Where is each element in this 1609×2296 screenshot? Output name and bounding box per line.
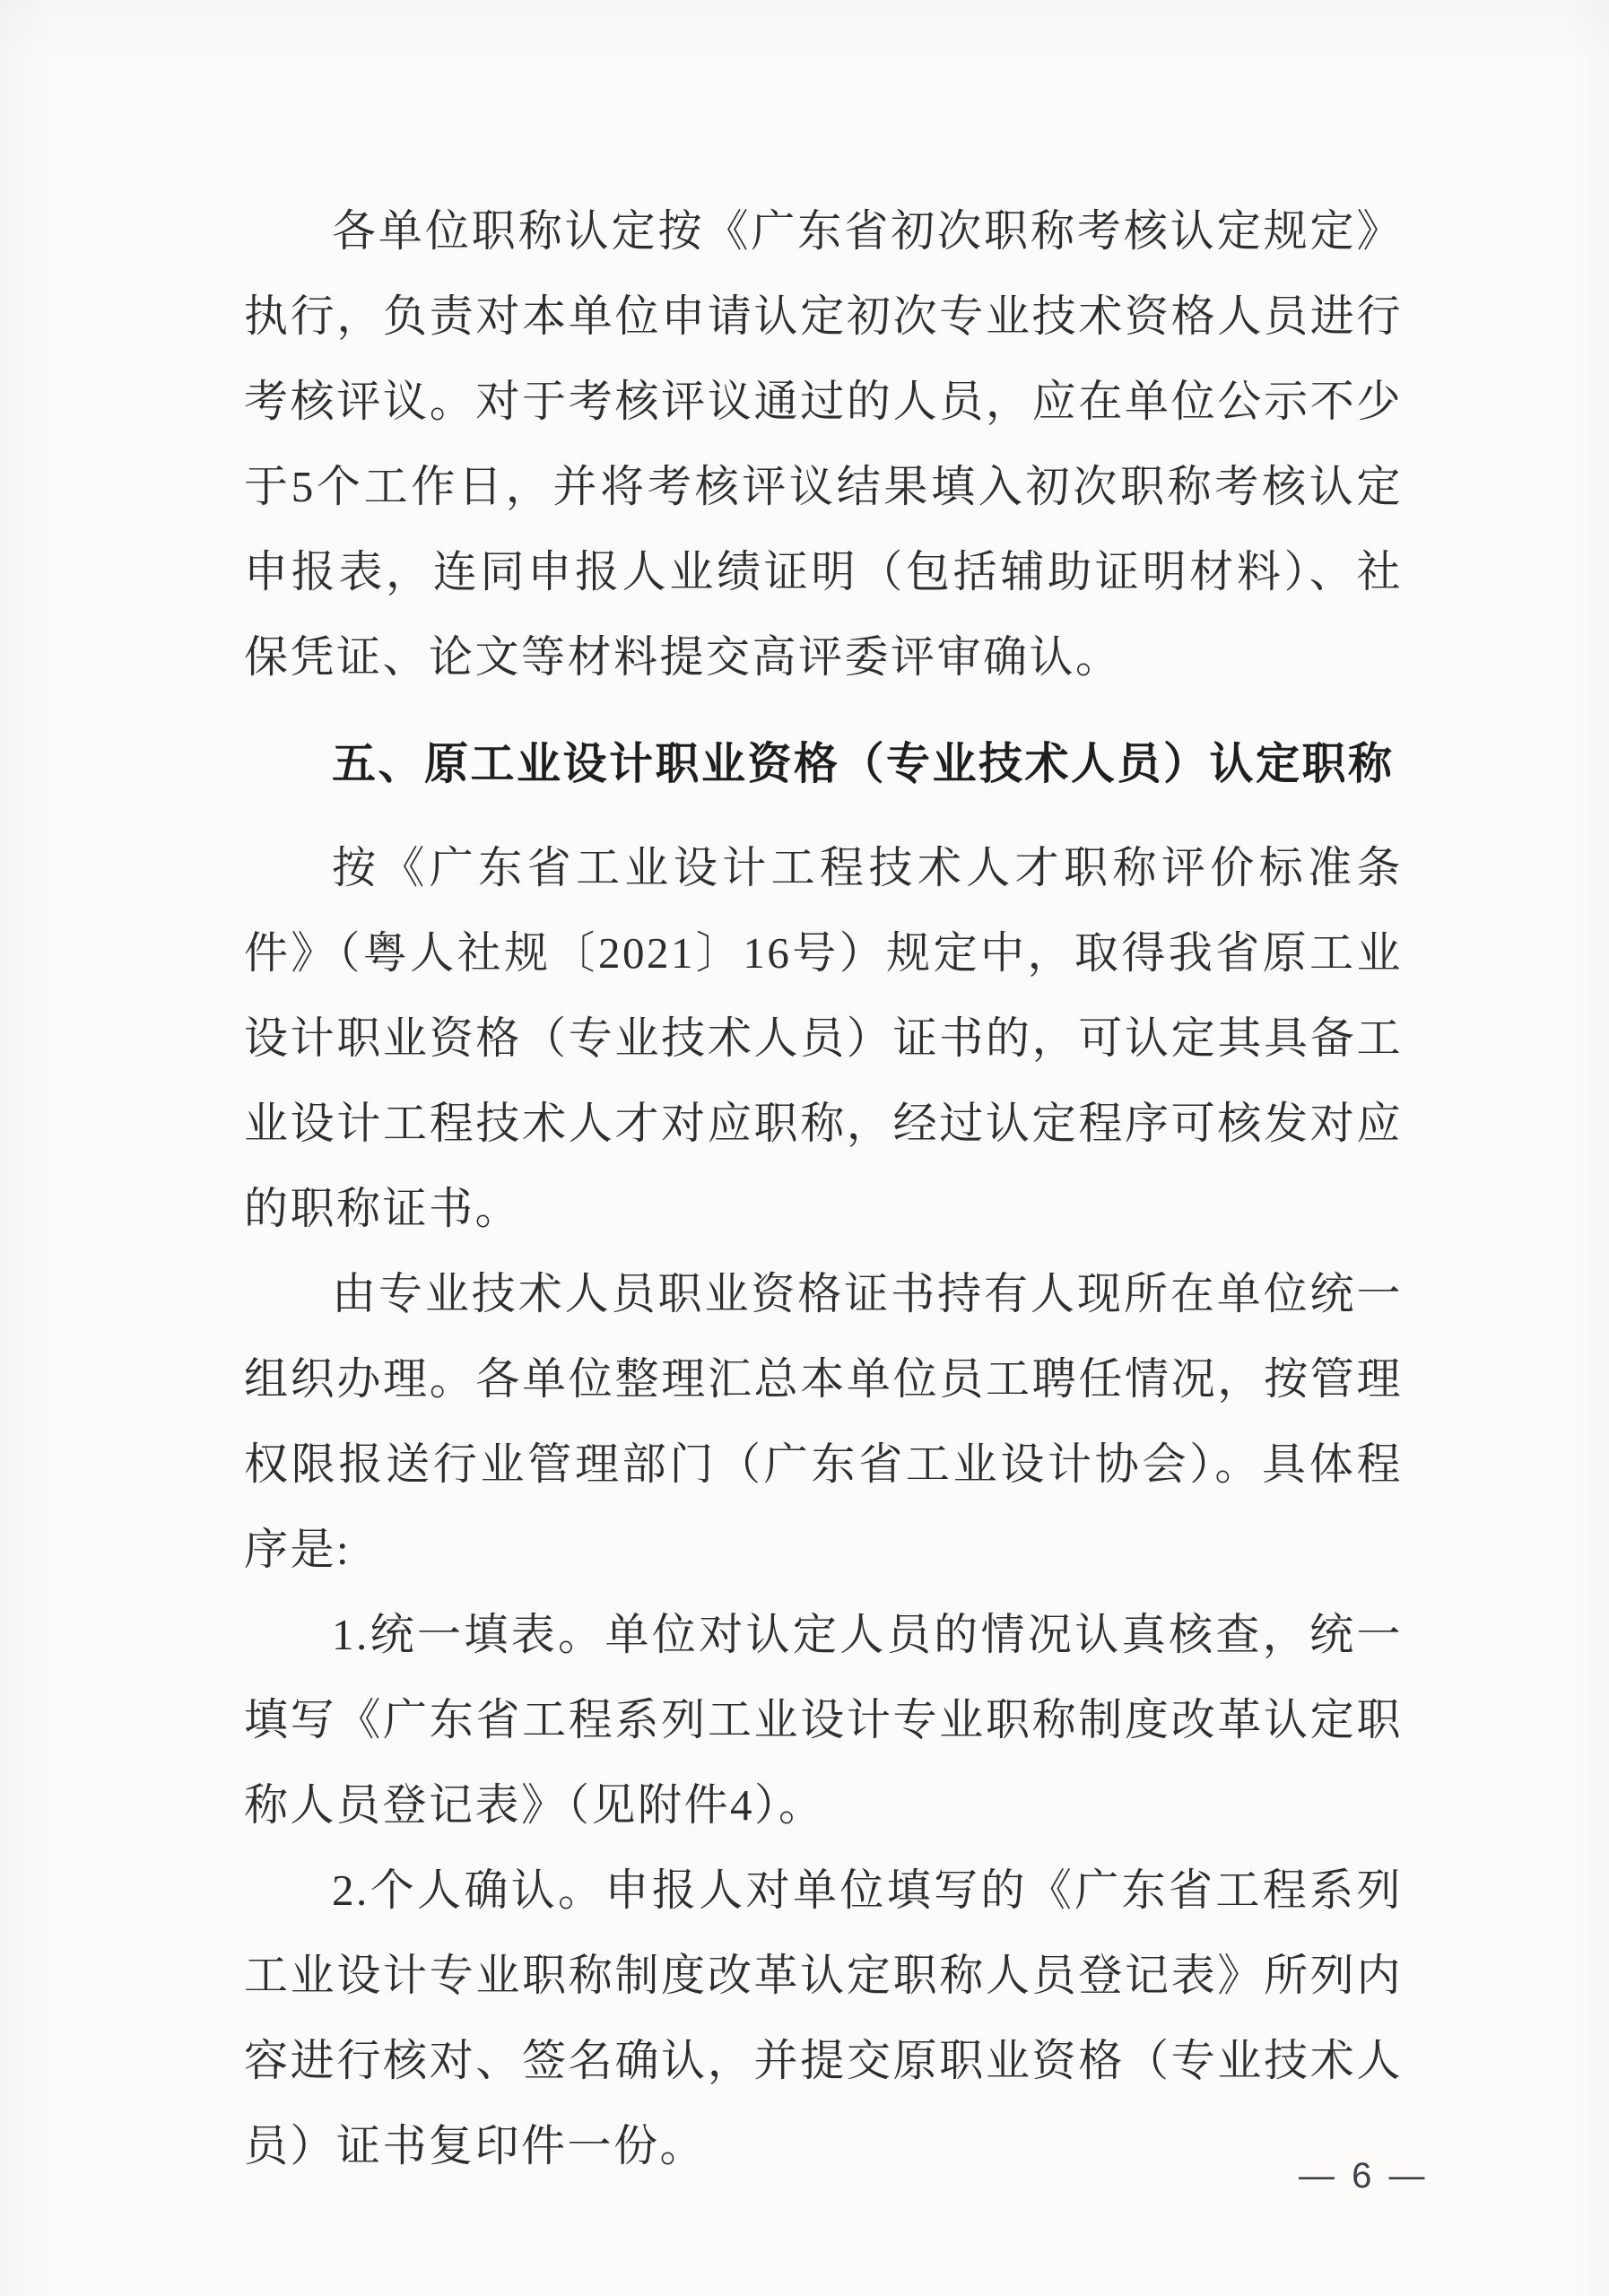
paragraph-step-2-personal-confirm: 2.个人确认。申报人对单位填写的《广东省工程系列工业设计专业职称制度改革认定职称… [244, 1848, 1403, 2188]
paragraph-step-1-fill-form: 1.统一填表。单位对认定人员的情况认真核查，统一填写《广东省工程系列工业设计专业… [244, 1592, 1403, 1848]
paragraph-unit-organization: 由专业技术人员职业资格证书持有人现所在单位统一组织办理。各单位整理汇总本单位员工… [244, 1251, 1403, 1592]
scanned-document-page: 各单位职称认定按《广东省初次职称考核认定规定》执行，负责对本单位申请认定初次专业… [0, 0, 1609, 2296]
paragraph-standard-conditions: 按《广东省工业设计工程技术人才职称评价标准条件》（粤人社规〔2021〕16号）规… [244, 825, 1403, 1251]
page-number: — 6 — [1299, 2156, 1428, 2196]
section-heading-5: 五、原工业设计职业资格（专业技术人员）认定职称 [244, 722, 1403, 807]
document-body: 各单位职称认定按《广东省初次职称考核认定规定》执行，负责对本单位申请认定初次专业… [244, 188, 1403, 2188]
paragraph-unit-title-recognition: 各单位职称认定按《广东省初次职称考核认定规定》执行，负责对本单位申请认定初次专业… [244, 188, 1403, 700]
